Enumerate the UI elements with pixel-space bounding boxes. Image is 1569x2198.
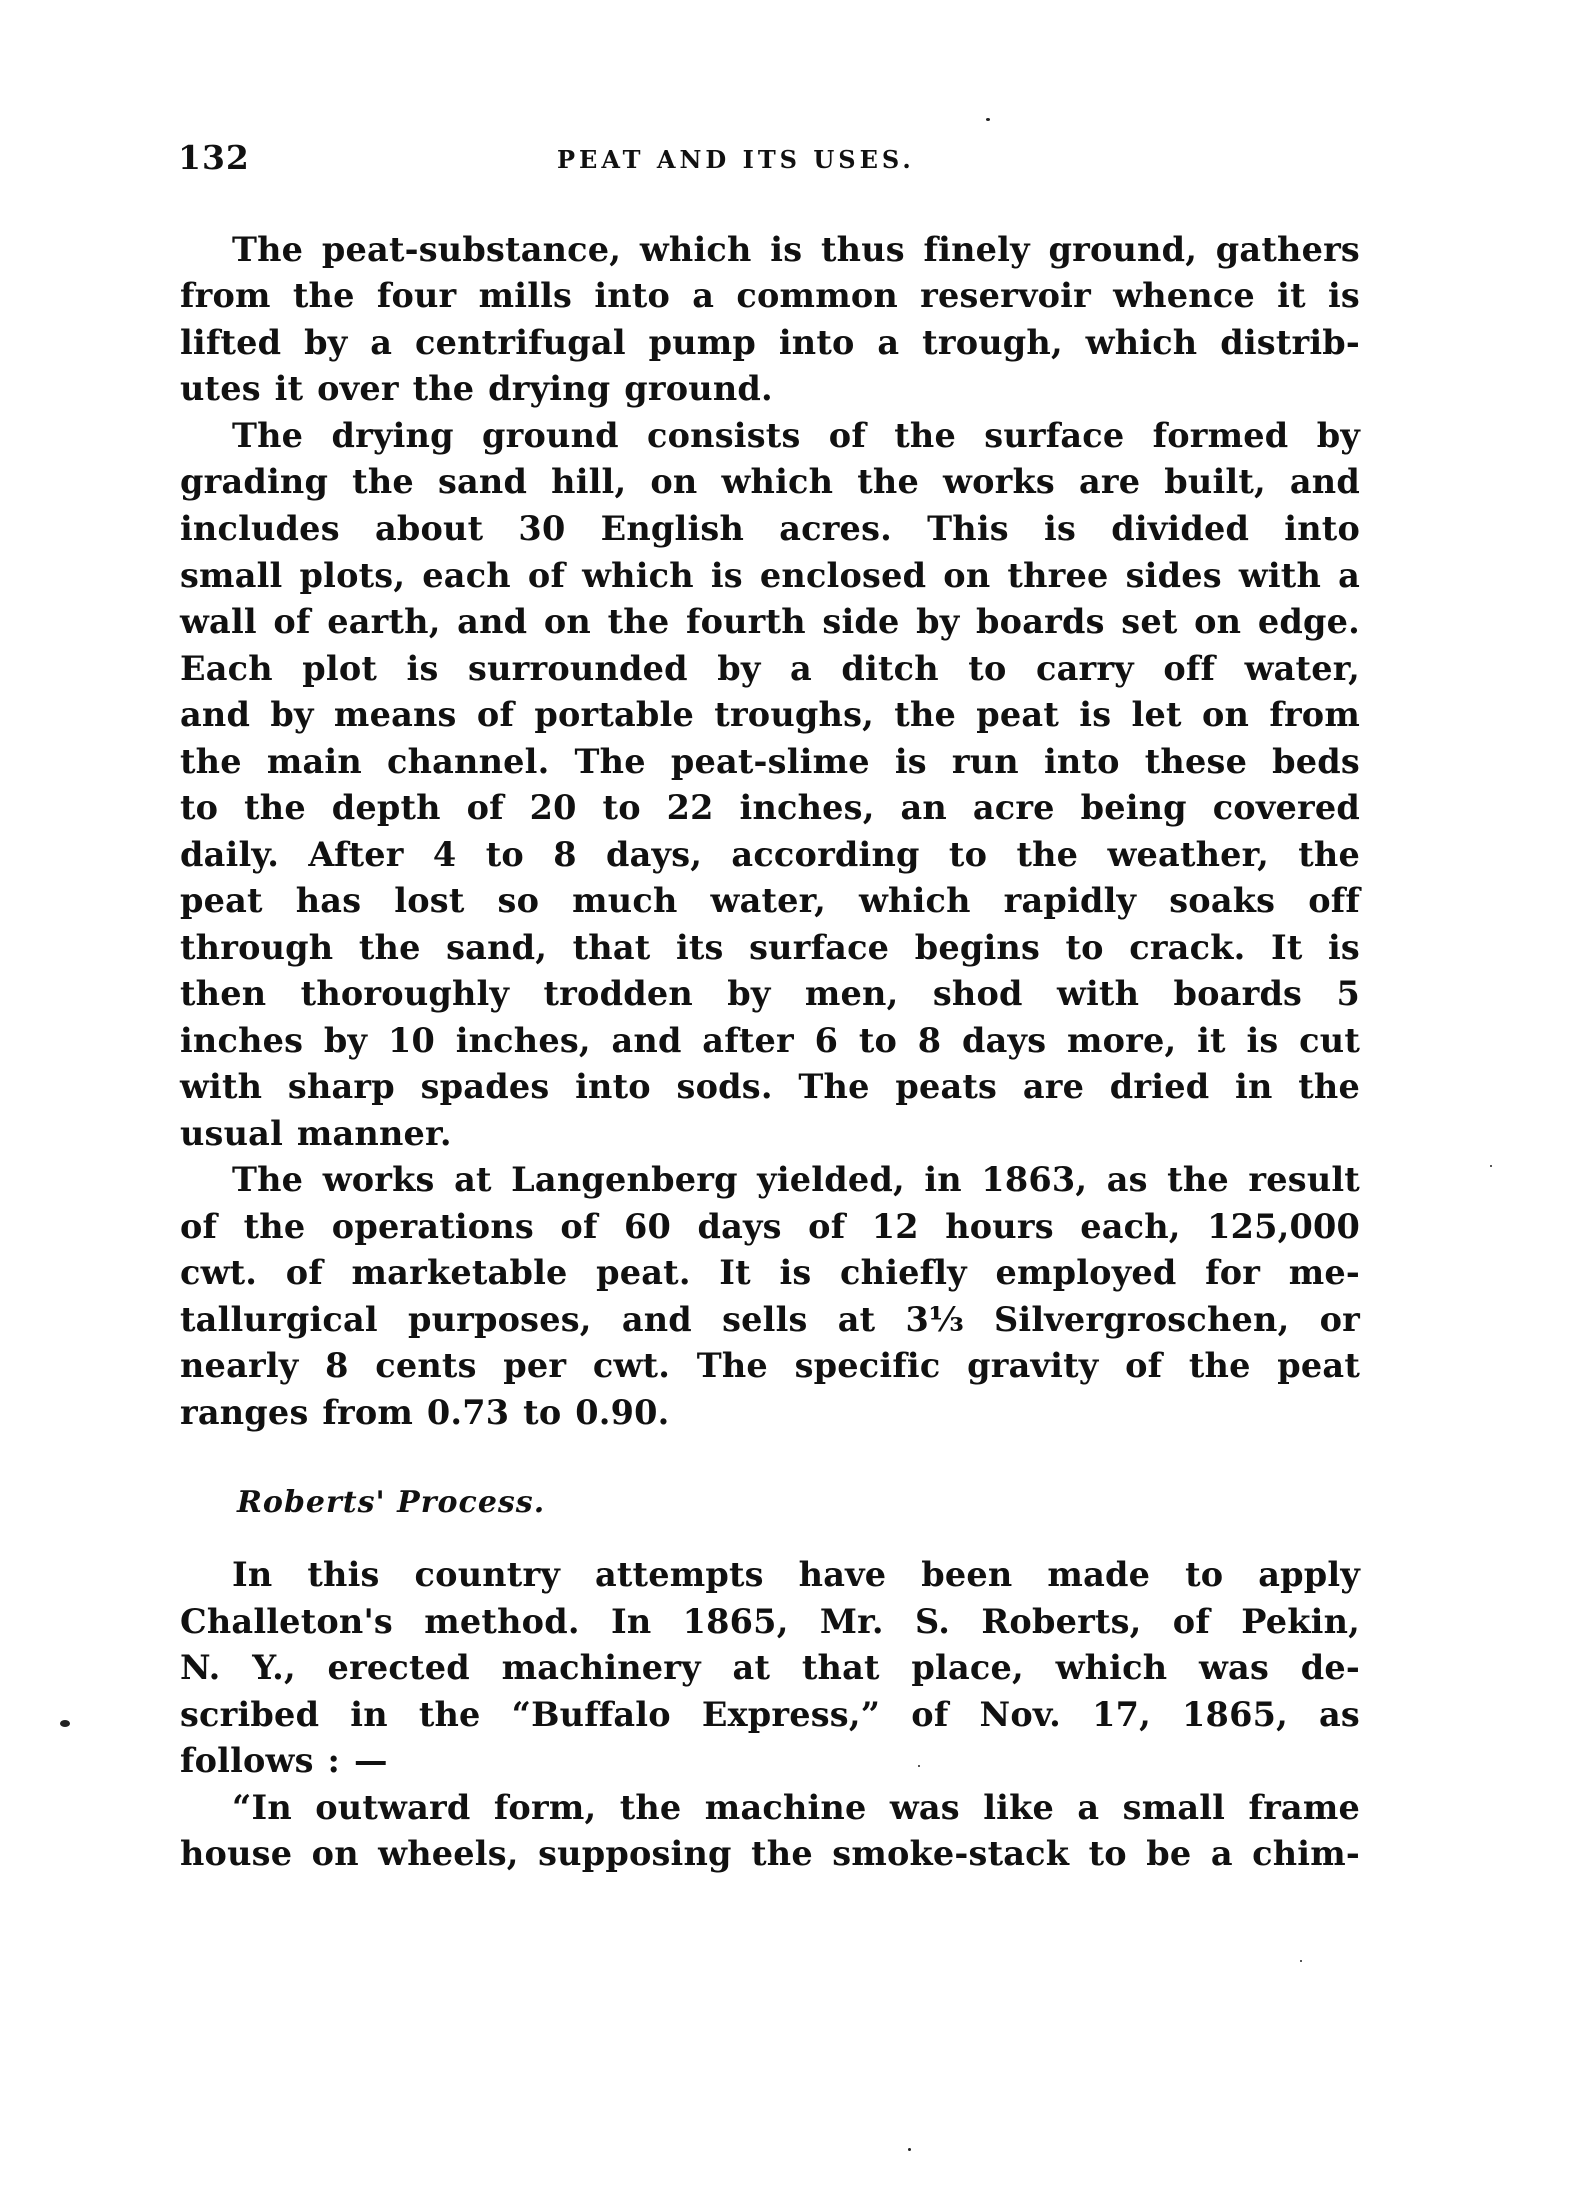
ink-speck xyxy=(60,1720,70,1727)
page-number: 132 xyxy=(178,136,250,180)
text-line: The drying ground consists of the surfac… xyxy=(232,413,1360,459)
text-line: wall of earth, and on the fourth side by… xyxy=(180,599,1360,645)
ink-speck xyxy=(1490,1165,1492,1167)
text-line: to the depth of 20 to 22 inches, an acre… xyxy=(180,785,1360,831)
text-line: lifted by a centrifugal pump into a trou… xyxy=(180,320,1360,366)
text-line: follows : — xyxy=(180,1738,1360,1784)
text-line: ranges from 0.73 to 0.90. xyxy=(180,1390,1360,1436)
ink-speck xyxy=(1300,1960,1302,1962)
text-line: usual manner. xyxy=(180,1111,1360,1157)
text-line: grading the sand hill, on which the work… xyxy=(180,459,1360,505)
book-page: 132 PEAT AND ITS USES. The peat-substanc… xyxy=(0,0,1569,2198)
text-line: peat has lost so much water, which rapid… xyxy=(180,878,1360,924)
text-line: utes it over the drying ground. xyxy=(180,366,1360,412)
text-line: of the operations of 60 days of 12 hours… xyxy=(180,1204,1360,1250)
text-line: “In outward form, the machine was like a… xyxy=(232,1785,1360,1831)
text-line: from the four mills into a common reserv… xyxy=(180,273,1360,319)
text-line: then thoroughly trodden by men, shod wit… xyxy=(180,971,1360,1017)
text-line: The peat-substance, which is thus finely… xyxy=(232,227,1360,273)
text-line: scribed in the “Buffalo Express,” of Nov… xyxy=(180,1692,1360,1738)
text-line: cwt. of marketable peat. It is chiefly e… xyxy=(180,1250,1360,1296)
text-line: Each plot is surrounded by a ditch to ca… xyxy=(180,646,1360,692)
text-line: tallurgical purposes, and sells at 3⅓ Si… xyxy=(180,1297,1360,1343)
running-head: 132 PEAT AND ITS USES. xyxy=(178,136,1360,180)
text-line: house on wheels, supposing the smoke-sta… xyxy=(180,1831,1360,1877)
section-heading: Roberts' Process. xyxy=(237,1480,545,1526)
text-line: In this country attempts have been made … xyxy=(232,1552,1360,1598)
text-line: Challeton's method. In 1865, Mr. S. Robe… xyxy=(180,1599,1360,1645)
running-title: PEAT AND ITS USES. xyxy=(557,140,915,180)
text-line: N. Y., erected machinery at that place, … xyxy=(180,1645,1360,1691)
ink-speck xyxy=(918,1765,920,1767)
text-line: with sharp spades into sods. The peats a… xyxy=(180,1064,1360,1110)
text-line: the main channel. The peat-slime is run … xyxy=(180,739,1360,785)
text-line: through the sand, that its surface begin… xyxy=(180,925,1360,971)
ink-speck xyxy=(986,118,990,121)
text-line: inches by 10 inches, and after 6 to 8 da… xyxy=(180,1018,1360,1064)
text-line: nearly 8 cents per cwt. The specific gra… xyxy=(180,1343,1360,1389)
text-line: includes about 30 English acres. This is… xyxy=(180,506,1360,552)
ink-speck xyxy=(908,2148,911,2151)
text-line: small plots, each of which is enclosed o… xyxy=(180,553,1360,599)
text-line: and by means of portable troughs, the pe… xyxy=(180,692,1360,738)
text-line: The works at Langenberg yielded, in 1863… xyxy=(232,1157,1360,1203)
text-line: daily. After 4 to 8 days, according to t… xyxy=(180,832,1360,878)
